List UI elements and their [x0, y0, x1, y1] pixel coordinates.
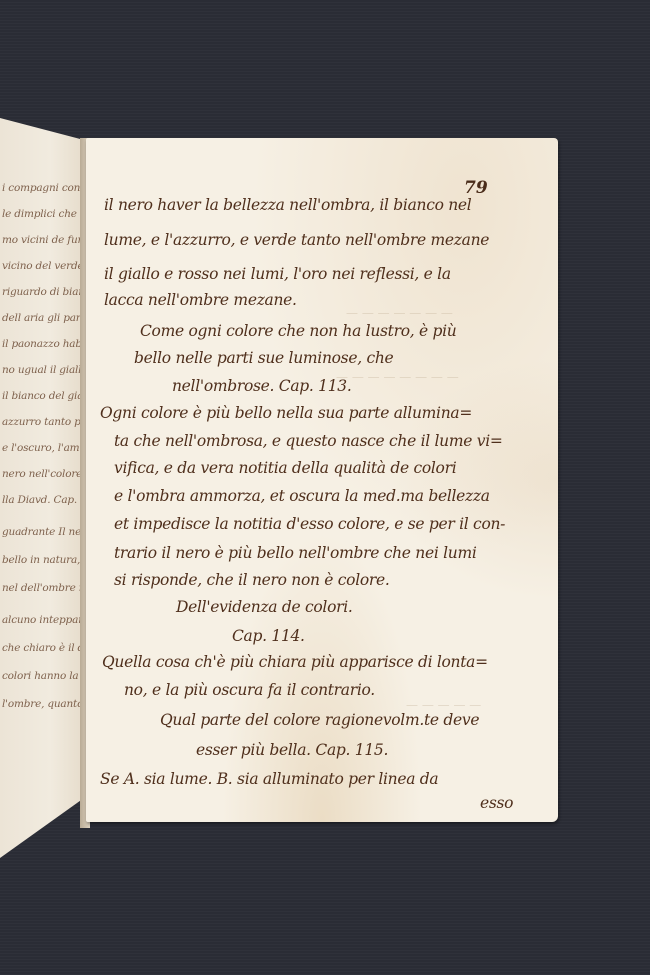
left-page-line: nero nell'colore dimost: [2, 468, 84, 480]
left-page-line: l'ombre, quanto è d'ombra: [2, 698, 84, 710]
left-page-line: no ugual il giallo si fa: [2, 364, 84, 376]
bleed-through-text: — — — — — — —: [346, 306, 453, 320]
left-page-line: che chiaro è il detto bian: [2, 642, 84, 654]
left-page-line: i compagni con color mis: [2, 182, 84, 194]
left-page-line: e l'oscuro, l'ammezza: [2, 442, 84, 454]
left-page-line: mo vicini de fumi il giall: [2, 234, 84, 246]
left-page-line: riguardo di bianco: [2, 286, 84, 298]
text-line: si risponde, che il nero non è colore.: [114, 571, 390, 589]
page-number: 79: [464, 178, 488, 198]
left-page-line: alcuno inteppamenti, qu: [2, 614, 84, 626]
chapter-heading: Dell'evidenza de colori.: [176, 598, 353, 616]
left-page-line: il paonazzo habi ugual: [2, 338, 84, 350]
bleed-through-text: — — — — — — — —: [336, 370, 459, 384]
left-page-line: azzurro tanto più bel: [2, 416, 84, 428]
left-page-line: guadrante Il nero nel. ch: [2, 526, 84, 538]
left-page-line: colori hanno la lor bellez: [2, 670, 84, 682]
text-line: lacca nell'ombre mezane.: [104, 291, 297, 309]
text-line: e l'ombra ammorza, et oscura la med.ma b…: [114, 487, 490, 505]
chapter-heading: esser più bella. Cap. 115.: [196, 741, 388, 759]
text-line: Se A. sia lume. B. sia alluminato per li…: [100, 770, 438, 788]
text-line: Quella cosa ch'è più chiara più apparisc…: [102, 653, 488, 671]
text-line: no, e la più oscura fa il contrario.: [124, 681, 375, 699]
chapter-heading: Qual parte del colore ragionevolm.te dev…: [160, 711, 479, 729]
left-page-fragment: i compagni con color mis le dimplici che…: [0, 118, 84, 858]
text-line: et impedisce la notitia d'esso colore, e…: [114, 515, 505, 533]
left-page-line: bello in natura, il quel: [2, 554, 84, 566]
left-page-line: dell aria gli parimo bene: [2, 312, 84, 324]
left-page-line: nel dell'ombre mezane: [2, 582, 84, 594]
chapter-heading: Come ogni colore che non ha lustro, è pi…: [140, 322, 456, 340]
bleed-through-text: — — — — —: [406, 698, 481, 712]
text-line: lume, e l'azzurro, e verde tanto nell'om…: [104, 231, 489, 249]
chapter-heading: Cap. 114.: [232, 627, 305, 645]
text-line: Ogni colore è più bello nella sua parte …: [100, 404, 472, 422]
text-line: il nero haver la bellezza nell'ombra, il…: [104, 196, 471, 214]
text-line: il giallo e rosso nei lumi, l'oro nei re…: [104, 265, 451, 283]
text-line: ta che nell'ombrosa, e questo nasce che …: [114, 432, 503, 450]
chapter-heading: bello nelle parti sue luminose, che: [134, 349, 393, 367]
catchword: esso: [480, 794, 513, 812]
left-page-line: vicino del verde i ogni fam: [2, 260, 84, 272]
left-page-line: lla Diavd. Cap. 112.: [2, 494, 84, 506]
left-page-line: le dimplici che la compag: [2, 208, 84, 220]
text-line: vifica, e da vera notitia della qualità …: [114, 459, 456, 477]
left-page-line: il bianco del giallo per il: [2, 390, 84, 402]
chapter-heading: nell'ombrose. Cap. 113.: [172, 377, 352, 395]
text-line: trario il nero è più bello nell'ombre ch…: [114, 544, 477, 562]
